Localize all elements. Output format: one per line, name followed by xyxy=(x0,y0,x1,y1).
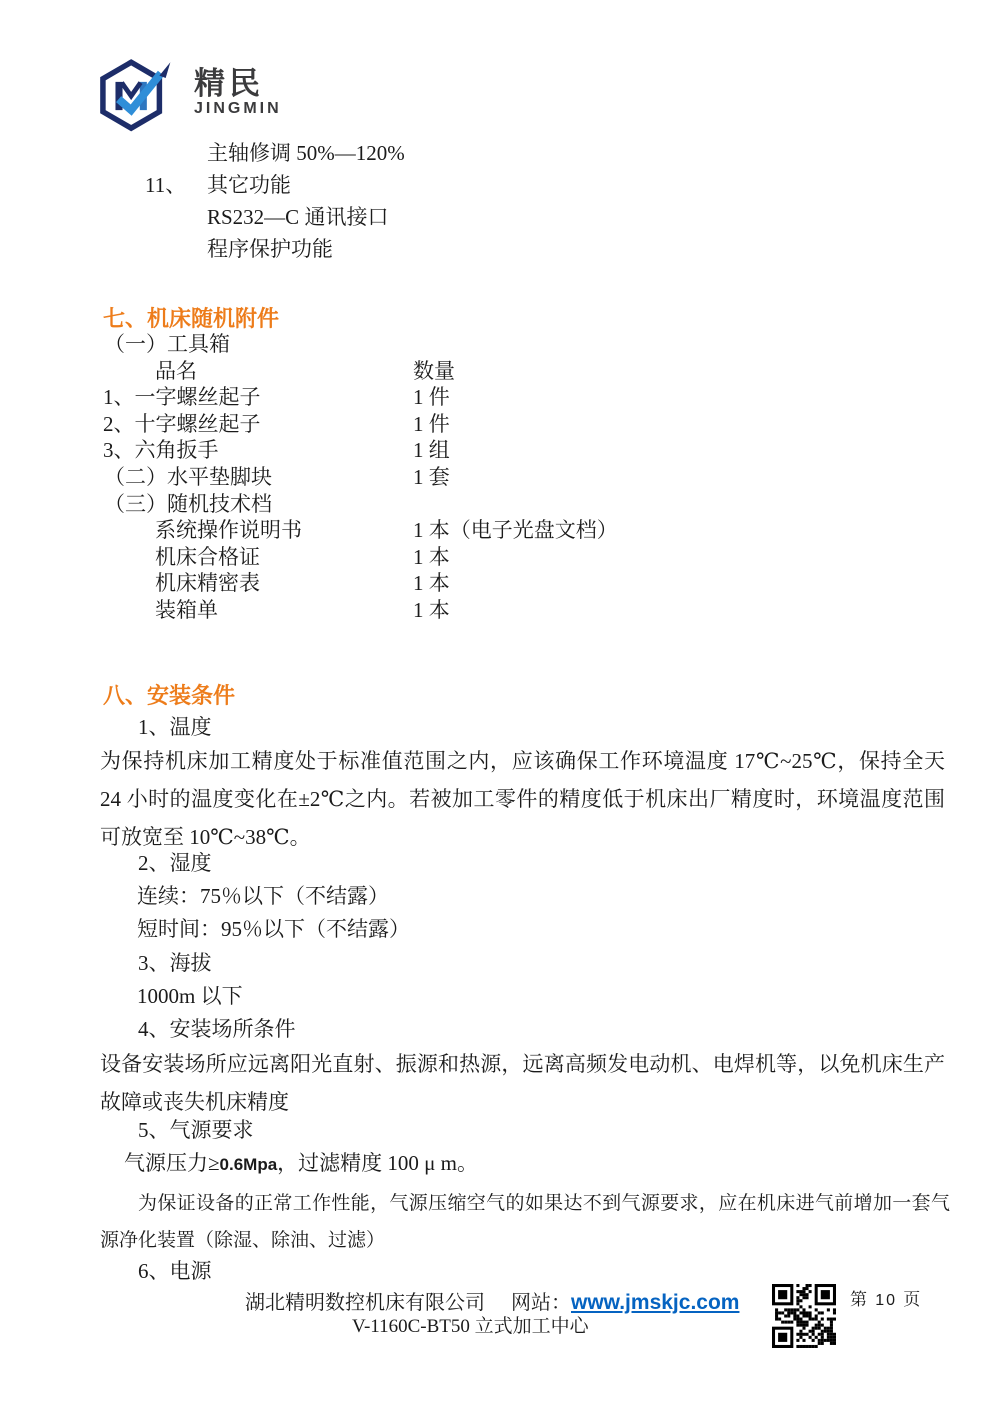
air-pressure-line: 气源压力≥0.6Mpa，过滤精度 100 μ m。 xyxy=(124,1147,478,1177)
item-name: 机床精密表 xyxy=(103,571,260,595)
rs232-line: RS232—C 通讯接口 xyxy=(145,201,405,233)
air-suffix: ，过滤精度 100 μ m。 xyxy=(277,1151,478,1175)
item-qty: 1 组 xyxy=(413,437,450,464)
table-row: 3、六角扳手 1 组 xyxy=(103,437,803,464)
table-row: 系统操作说明书 1 本（电子光盘文档） xyxy=(103,517,803,544)
item-name: 机床合格证 xyxy=(103,545,260,569)
table-header-row: 品名 数量 xyxy=(103,358,803,385)
item-name: 2、十字螺丝起子 xyxy=(103,412,261,436)
program-protect-line: 程序保护功能 xyxy=(145,233,405,265)
item-name: 1、一字螺丝起子 xyxy=(103,385,261,409)
page-number: 第 10 页 xyxy=(850,1285,922,1310)
altitude-value: 1000m 以下 xyxy=(137,980,243,1010)
logo-name-english: JINGMIN xyxy=(194,100,282,118)
accessories-table: （一）工具箱 品名 数量 1、一字螺丝起子 1 件 2、十字螺丝起子 1 件 3… xyxy=(103,331,803,624)
item-name: 3、六角扳手 xyxy=(103,438,219,462)
item-qty: 1 本 xyxy=(413,597,450,624)
footer-model-line: V-1160C-BT50 立式加工中心 xyxy=(352,1311,589,1338)
table-row: 2、十字螺丝起子 1 件 xyxy=(103,411,803,438)
table-row: 机床精密表 1 本 xyxy=(103,570,803,597)
humidity-shortterm-line: 短时间：95％以下（不结露） xyxy=(137,913,410,943)
document-page: 精民 JINGMIN 主轴修调 50%—120% 11、 其它功能 RS232—… xyxy=(0,0,1000,1414)
site-paragraph: 设备安装场所应远离阳光直射、振源和热源，远离高频发电动机、电焊机等，以免机床生产… xyxy=(100,1045,945,1121)
item-qty: 1 件 xyxy=(413,411,450,438)
table-row: （二）水平垫脚块 1 套 xyxy=(103,464,803,491)
item-name: 系统操作说明书 xyxy=(103,518,302,542)
table-row: （三）随机技术档 xyxy=(103,491,803,518)
air-pressure-value: 0.6Mpa xyxy=(220,1155,278,1174)
air-note-paragraph: 为保证设备的正常工作性能，气源压缩空气的如果达不到气源要求，应在机床进气前增加一… xyxy=(100,1185,950,1259)
table-row: 装箱单 1 本 xyxy=(103,597,803,624)
item-name: （三）随机技术档 xyxy=(103,492,272,516)
page-number-value: 10 xyxy=(875,1292,897,1309)
item-number: 11、 xyxy=(145,169,207,201)
item-qty: 1 本 xyxy=(413,544,450,571)
spindle-override-line: 主轴修调 50%—120% xyxy=(145,137,405,169)
table-row: 1、一字螺丝起子 1 件 xyxy=(103,384,803,411)
humidity-title: 2、湿度 xyxy=(138,847,212,877)
spindle-function-block: 主轴修调 50%—120% 11、 其它功能 RS232—C 通讯接口 程序保护… xyxy=(145,137,405,265)
temperature-title: 1、温度 xyxy=(138,711,212,741)
company-logo: 精民 JINGMIN xyxy=(98,56,282,136)
item-name: （二）水平垫脚块 xyxy=(103,465,272,489)
item-qty: 1 套 xyxy=(413,464,450,491)
humidity-continuous-line: 连续：75％以下（不结露） xyxy=(137,880,389,910)
page-prefix: 第 xyxy=(850,1290,869,1309)
section-7-heading: 七、机床随机附件 xyxy=(103,302,279,333)
logo-hexagon-icon xyxy=(98,56,180,136)
air-title: 5、气源要求 xyxy=(138,1114,254,1144)
table-row: 机床合格证 1 本 xyxy=(103,544,803,571)
section-8-heading: 八、安装条件 xyxy=(103,679,235,710)
item-qty: 1 本（电子光盘文档） xyxy=(413,517,618,544)
power-title: 6、电源 xyxy=(138,1255,212,1285)
column-qty-header: 数量 xyxy=(413,358,455,385)
item-qty: 1 本 xyxy=(413,570,450,597)
website-link[interactable]: www.jmskjc.com xyxy=(571,1291,739,1314)
logo-name-chinese: 精民 xyxy=(194,68,282,100)
temperature-paragraph: 为保持机床加工精度处于标准值范围之内，应该确保工作环境温度 17℃~25℃，保持… xyxy=(100,742,945,856)
column-name-header: 品名 xyxy=(103,359,197,383)
item-title: 其它功能 xyxy=(207,169,291,201)
other-functions-item: 11、 其它功能 xyxy=(145,169,405,201)
site-title: 4、安装场所条件 xyxy=(138,1013,296,1043)
group-label: （一）工具箱 xyxy=(103,332,230,356)
air-prefix: 气源压力≥ xyxy=(124,1151,220,1175)
page-suffix: 页 xyxy=(903,1290,922,1309)
logo-text: 精民 JINGMIN xyxy=(194,68,282,118)
item-name: 装箱单 xyxy=(103,598,218,622)
qr-code xyxy=(772,1284,836,1348)
toolbox-group-row: （一）工具箱 xyxy=(103,331,803,358)
item-qty: 1 件 xyxy=(413,384,450,411)
altitude-title: 3、海拔 xyxy=(138,947,212,977)
